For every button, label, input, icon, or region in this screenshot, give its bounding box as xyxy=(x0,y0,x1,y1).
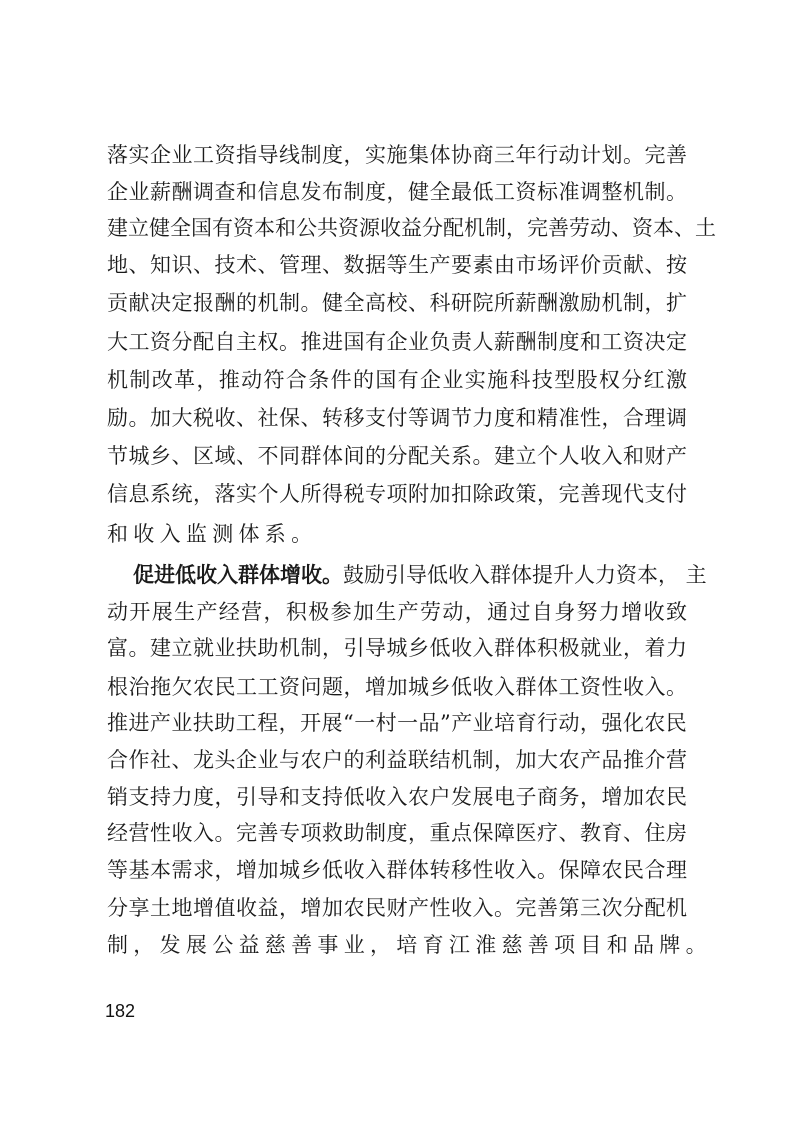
text-line: 和收入监测体系。 xyxy=(107,521,687,547)
text-line: 贡献决定报酬的机制。健全高校、科研院所薪酬激励机制，扩 xyxy=(107,290,687,316)
text-line: 销支持力度，引导和支持低收入农户发展电子商务，增加农民 xyxy=(107,784,687,810)
text-line: 励。加大税收、社保、转移支付等调节力度和精准性，合理调 xyxy=(107,405,687,431)
text-line: 经营性收入。完善专项救助制度，重点保障医疗、教育、住房 xyxy=(107,820,687,846)
document-page: 落实企业工资指导线制度，实施集体协商三年行动计划。完善 企业薪酬调查和信息发布制… xyxy=(0,0,793,1122)
page-number: 182 xyxy=(105,1001,135,1022)
text-line: 机制改革，推动符合条件的国有企业实施科技型股权分红激 xyxy=(107,367,687,393)
text-line: 建立健全国有资本和公共资源收益分配机制，完善劳动、资本、土 xyxy=(107,215,687,241)
text-line: 推进产业扶助工程，开展“一村一品”产业培育行动，强化农民 xyxy=(107,710,687,736)
text-line: 落实企业工资指导线制度，实施集体协商三年行动计划。完善 xyxy=(107,142,687,168)
text-line: 富。建立就业扶助机制，引导城乡低收入群体积极就业，着力 xyxy=(107,635,687,661)
text-line: 等基本需求，增加城乡低收入群体转移性收入。保障农民合理 xyxy=(107,857,687,883)
text-line: 分享土地增值收益，增加农民财产性收入。完善第三次分配机 xyxy=(107,895,687,921)
text-line: 节城乡、区域、不同群体间的分配关系。建立个人收入和财产 xyxy=(107,443,687,469)
text-line: 动开展生产经营，积极参加生产劳动，通过自身努力增收致 xyxy=(107,599,687,625)
text-line: 合作社、龙头企业与农户的利益联结机制，加大农产品推介营 xyxy=(107,747,687,773)
text-line: 制，发展公益慈善事业，培育江淮慈善项目和品牌。 xyxy=(107,932,687,958)
text-line: 企业薪酬调查和信息发布制度，健全最低工资标准调整机制。 xyxy=(107,179,687,205)
paragraph-heading: 促进低收入群体增收。 xyxy=(133,563,343,587)
text-line: 地、知识、技术、管理、数据等生产要素由市场评价贡献、按 xyxy=(107,252,687,278)
text-line: 根治拖欠农民工工资问题，增加城乡低收入群体工资性收入。 xyxy=(107,674,687,700)
text-line-first: 促进低收入群体增收。鼓励引导低收入群体提升人力资本， 主 xyxy=(133,562,687,588)
text-line: 信息系统，落实个人所得税专项附加扣除政策，完善现代支付 xyxy=(107,481,687,507)
text-line: 大工资分配自主权。推进国有企业负责人薪酬制度和工资决定 xyxy=(107,329,687,355)
text-span: 鼓励引导低收入群体提升人力资本， 主 xyxy=(343,563,707,587)
